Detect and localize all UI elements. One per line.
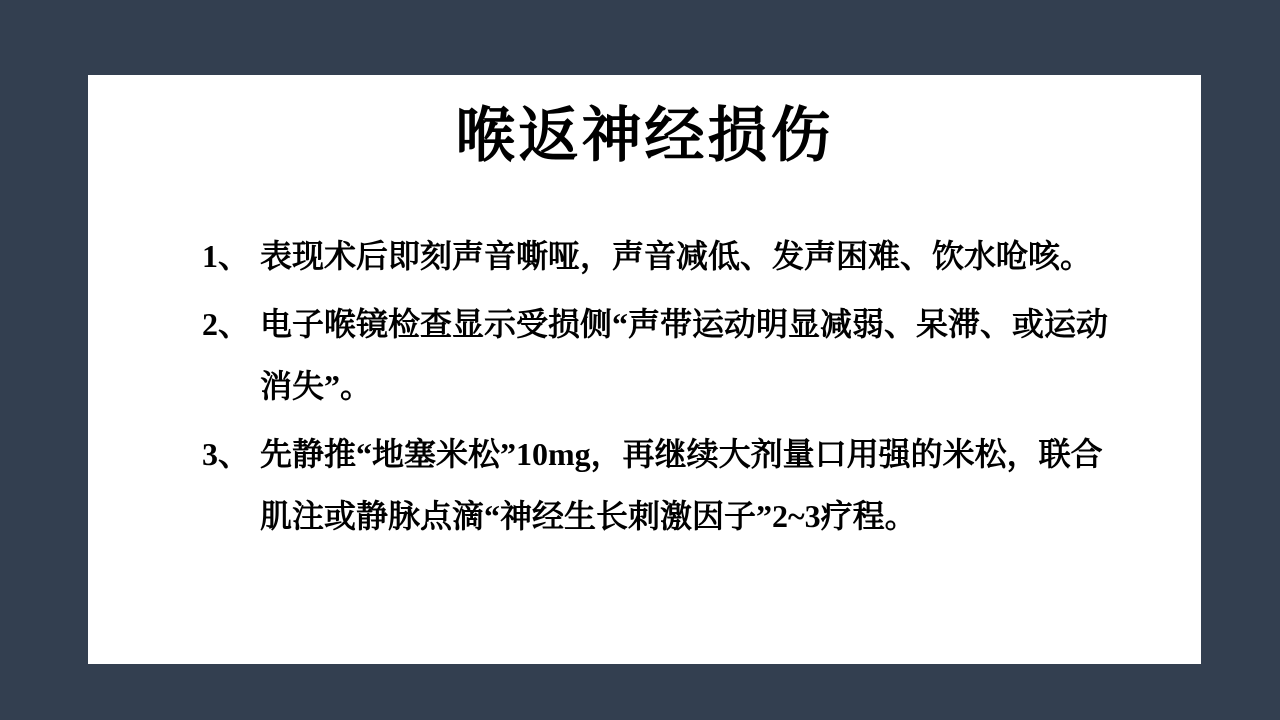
- bullet-line: 消失”。: [260, 368, 372, 404]
- bullet-item-2: 2、电子喉镜检查显示受损侧“声带运动明显减弱、呆滞、或运动 消失”。: [202, 293, 1202, 417]
- bullet-list: 1、表现术后即刻声音嘶哑，声音减低、发声困难、饮水呛咳。 2、电子喉镜检查显示受…: [202, 225, 1202, 553]
- bullet-line: 电子喉镜检查显示受损侧“声带运动明显减弱、呆滞、或运动: [260, 306, 1108, 342]
- page-background: 喉返神经损伤 1、表现术后即刻声音嘶哑，声音减低、发声困难、饮水呛咳。 2、电子…: [0, 0, 1280, 720]
- bullet-number: 3、: [202, 423, 260, 485]
- bullet-line: 先静推“地塞米松”10mg，再继续大剂量口用强的米松，联合: [260, 436, 1103, 472]
- bullet-number: 1、: [202, 225, 260, 287]
- bullet-line: 表现术后即刻声音嘶哑，声音减低、发声困难、饮水呛咳。: [260, 238, 1092, 274]
- slide-title: 喉返神经损伤: [88, 97, 1201, 175]
- bullet-item-1: 1、表现术后即刻声音嘶哑，声音减低、发声困难、饮水呛咳。: [202, 225, 1202, 287]
- slide: 喉返神经损伤 1、表现术后即刻声音嘶哑，声音减低、发声困难、饮水呛咳。 2、电子…: [88, 75, 1201, 664]
- bullet-item-3: 3、先静推“地塞米松”10mg，再继续大剂量口用强的米松，联合 肌注或静脉点滴“…: [202, 423, 1202, 547]
- bullet-line: 肌注或静脉点滴“神经生长刺激因子”2~3疗程。: [260, 498, 917, 534]
- bullet-number: 2、: [202, 293, 260, 355]
